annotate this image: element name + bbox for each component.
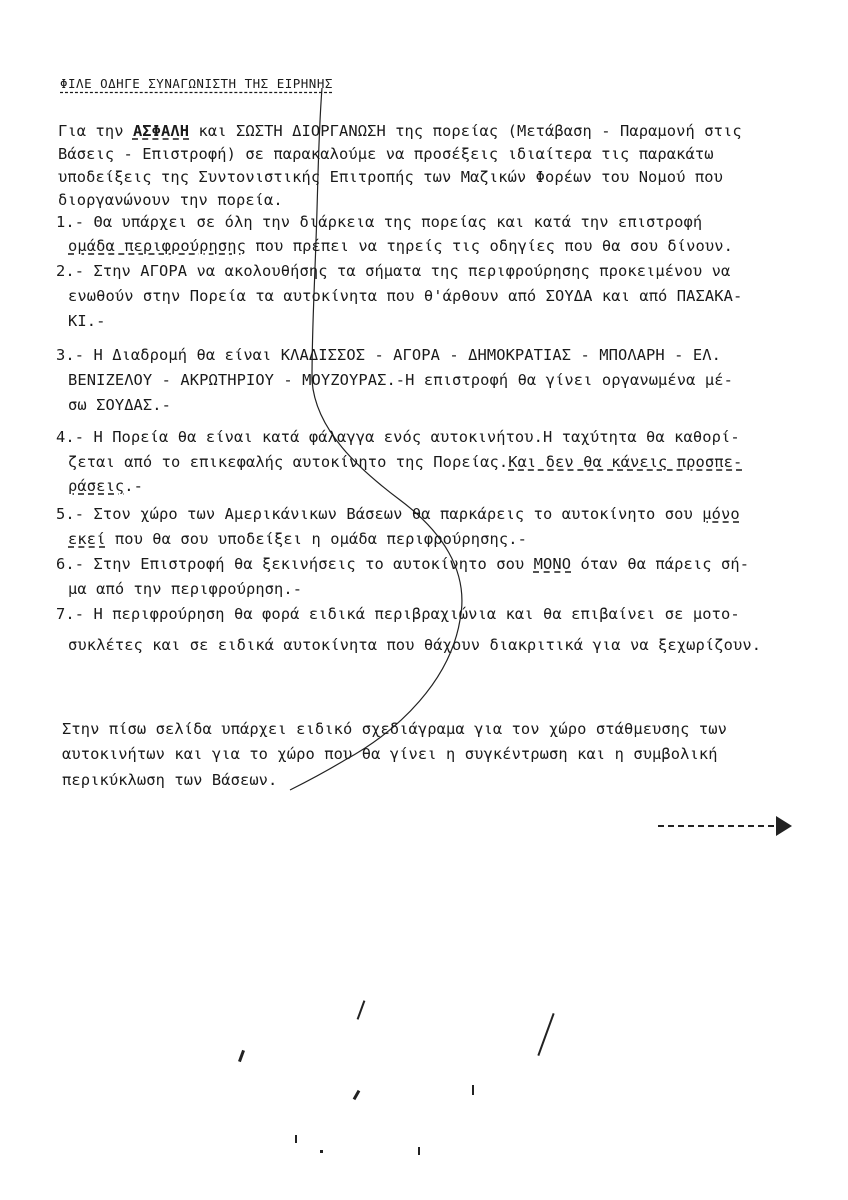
- item-text: .-: [124, 477, 143, 495]
- intro-text: Για την: [58, 122, 133, 140]
- item-3-line-1: 3.- Η Διαδρομή θα είναι ΚΛΑΔΙΣΣΟΣ - ΑΓΟΡ…: [56, 346, 721, 364]
- item-text: 5.- Στον χώρο των Αμερικάνικων Βάσεων θα…: [56, 505, 702, 523]
- item-7-line-2: συκλέτες και σε ειδικά αυτοκίνητα που θά…: [68, 636, 761, 654]
- dashed-arrow-right-icon: [658, 814, 798, 838]
- item-5-line-2: εκεί που θα σου υποδείξει η ομάδα περιφρ…: [68, 530, 527, 548]
- closing-line-2: αυτοκινήτων και για το χώρο που θα γίνει…: [62, 745, 718, 763]
- scan-artifact: [357, 1000, 366, 1019]
- document-title: ΦΙΛΕ ΟΔΗΓΕ ΣΥΝΑΓΩΝΙΣΤΗ ΤΗΣ ΕΙΡΗΝΗΣ: [60, 76, 333, 91]
- scan-artifact: [353, 1090, 361, 1100]
- intro-text: και ΣΩΣΤΗ ΔΙΟΡΓΑΝΩΣΗ της πορείας (Μετάβα…: [189, 122, 742, 140]
- item-1-line-2: ομάδα περιφρούρησης που πρέπει να τηρείς…: [68, 237, 733, 255]
- scan-artifact: [537, 1013, 554, 1056]
- item-3-line-3: σω ΣΟΥΔΑΣ.-: [68, 396, 171, 414]
- emphasis-text: εκεί: [68, 530, 105, 548]
- closing-line-1: Στην πίσω σελίδα υπάρχει ειδικό σχεδιάγρ…: [62, 720, 727, 738]
- item-2-line-3: ΚΙ.-: [68, 312, 105, 330]
- item-5-line-1: 5.- Στον χώρο των Αμερικάνικων Βάσεων θα…: [56, 505, 740, 523]
- item-1-line-1: 1.- Θα υπάρχει σε όλη την διάρκεια της π…: [56, 213, 702, 231]
- item-4-line-1: 4.- Η Πορεία θα είναι κατά φάλαγγα ενός …: [56, 428, 740, 446]
- scan-artifact: [238, 1050, 245, 1062]
- item-2-line-1: 2.- Στην ΑΓΟΡΑ να ακολουθήσης τα σήματα …: [56, 262, 730, 280]
- emphasis-text: ομάδα περιφρούρησης: [68, 237, 246, 255]
- intro-line-2: Βάσεις - Επιστροφή) σε παρακαλούμε να πρ…: [58, 145, 714, 163]
- intro-emphasis: ΑΣΦΑΛΗ: [133, 122, 189, 140]
- emphasis-text: ράσεις: [68, 477, 124, 495]
- item-4-line-3: ράσεις.-: [68, 477, 143, 495]
- intro-line-4: διοργανώνουν την πορεία.: [58, 191, 283, 209]
- item-text: ζεται από το επικεφαλής αυτοκίνητο της Π…: [68, 453, 508, 471]
- item-4-line-2: ζεται από το επικεφαλής αυτοκίνητο της Π…: [68, 453, 742, 471]
- closing-line-3: περικύκλωση των Βάσεων.: [62, 771, 277, 789]
- scan-artifact: [295, 1135, 297, 1143]
- scan-artifact: [472, 1085, 474, 1095]
- document-page: ΦΙΛΕ ΟΔΗΓΕ ΣΥΝΑΓΩΝΙΣΤΗ ΤΗΣ ΕΙΡΗΝΗΣ Για τ…: [0, 0, 848, 1200]
- item-7-line-1: 7.- Η περιφρούρηση θα φορά ειδικά περιβρ…: [56, 605, 740, 623]
- emphasis-text: Και δεν θα κάνεις προσπε-: [508, 453, 742, 471]
- item-text: που πρέπει να τηρείς τις οδηγίες που θα …: [246, 237, 733, 255]
- item-6-line-2: μα από την περιφρούρηση.-: [68, 580, 302, 598]
- intro-line-1: Για την ΑΣΦΑΛΗ και ΣΩΣΤΗ ΔΙΟΡΓΑΝΩΣΗ της …: [58, 122, 742, 140]
- item-3-line-2: ΒΕΝΙΖΕΛΟΥ - ΑΚΡΩΤΗΡΙΟΥ - ΜΟΥΖΟΥΡΑΣ.-Η επ…: [68, 371, 733, 389]
- emphasis-text: μόνο: [702, 505, 739, 523]
- item-text: όταν θα πάρεις σή-: [571, 555, 749, 573]
- item-text: που θα σου υποδείξει η ομάδα περιφρούρησ…: [105, 530, 526, 548]
- scan-artifact: [320, 1150, 323, 1153]
- intro-line-3: υποδείξεις της Συντονιστικής Επιτροπής τ…: [58, 168, 723, 186]
- emphasis-text: ΜΟΝΟ: [534, 555, 571, 573]
- scan-artifact: [418, 1147, 420, 1155]
- item-2-line-2: ενωθούν στην Πορεία τα αυτοκίνητα που θ'…: [68, 287, 742, 305]
- item-6-line-1: 6.- Στην Επιστροφή θα ξεκινήσεις το αυτο…: [56, 555, 749, 573]
- item-text: 6.- Στην Επιστροφή θα ξεκινήσεις το αυτο…: [56, 555, 534, 573]
